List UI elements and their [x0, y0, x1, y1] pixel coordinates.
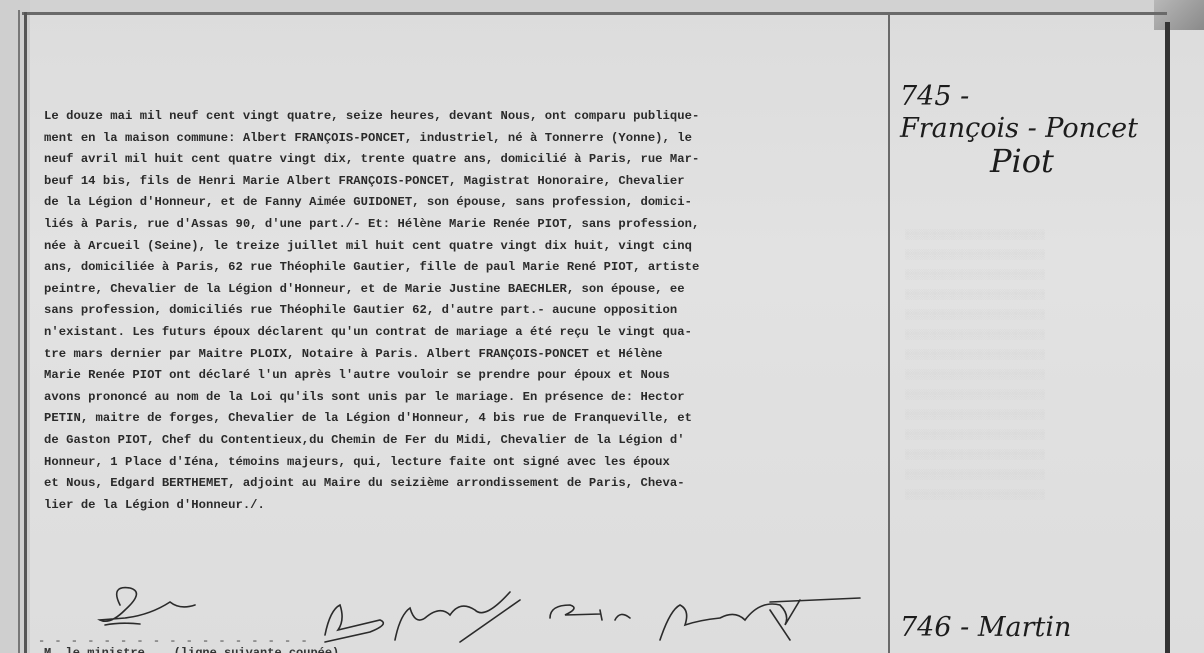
body-line: n'existant. Les futurs époux déclarent q…	[44, 322, 884, 344]
body-line: neuf avril mil huit cent quatre vingt di…	[44, 149, 884, 171]
margin-annotation: 745 - François - Poncet Piot	[900, 82, 1160, 178]
entry-surname-groom: François - Poncet	[900, 114, 1160, 144]
body-line: Honneur, 1 Place d'Iéna, témoins majeurs…	[44, 452, 884, 474]
truncated-next-line: M. le ministre... (ligne suivante coupée…	[44, 646, 864, 653]
body-line: liés à Paris, rue d'Assas 90, d'une part…	[44, 214, 884, 236]
margin-column-rule	[888, 14, 890, 653]
frame-right-rule	[1165, 22, 1170, 653]
body-line: PETIN, maitre de forges, Chevalier de la…	[44, 408, 884, 430]
body-line: avons prononcé au nom de la Loi qu'ils s…	[44, 387, 884, 409]
body-line: née à Arcueil (Seine), le treize juillet…	[44, 236, 884, 258]
body-line: Le douze mai mil neuf cent vingt quatre,…	[44, 106, 884, 128]
next-entry-annotation: 746 - Martin	[900, 612, 1071, 643]
body-line: de la Légion d'Honneur, et de Fanny Aimé…	[44, 192, 884, 214]
body-line: ment en la maison commune: Albert FRANÇO…	[44, 128, 884, 150]
page-corner-shadow	[1154, 0, 1204, 30]
body-line: sans profession, domiciliés rue Théophil…	[44, 300, 884, 322]
entry-surname-bride: Piot	[990, 144, 1160, 178]
body-line: et Nous, Edgard BERTHEMET, adjoint au Ma…	[44, 473, 884, 495]
body-line: beuf 14 bis, fils de Henri Marie Albert …	[44, 171, 884, 193]
entry-number: 745 -	[900, 82, 1160, 112]
marriage-act-body: Le douze mai mil neuf cent vingt quatre,…	[44, 106, 884, 516]
frame-left-rule-inner	[24, 12, 27, 653]
bleed-through-text: ░░░░░░░░░░░░░░░░░░░░░░░░░░ ░░░░░░░░░░░░░…	[905, 225, 1155, 505]
body-line: Marie Renée PIOT ont déclaré l'un après …	[44, 365, 884, 387]
body-line: ans, domiciliée à Paris, 62 rue Théophil…	[44, 257, 884, 279]
body-line: peintre, Chevalier de la Légion d'Honneu…	[44, 279, 884, 301]
next-entry-name: Martin	[978, 612, 1072, 643]
body-line: de Gaston PIOT, Chef du Contentieux,du C…	[44, 430, 884, 452]
scanned-register-page: Le douze mai mil neuf cent vingt quatre,…	[0, 0, 1204, 653]
frame-top-rule	[22, 12, 1167, 15]
frame-left-rule-outer	[18, 10, 20, 653]
body-line: lier de la Légion d'Honneur./.	[44, 495, 884, 517]
body-line: tre mars dernier par Maitre PLOIX, Notai…	[44, 344, 884, 366]
next-entry-number: 746 -	[900, 612, 969, 643]
